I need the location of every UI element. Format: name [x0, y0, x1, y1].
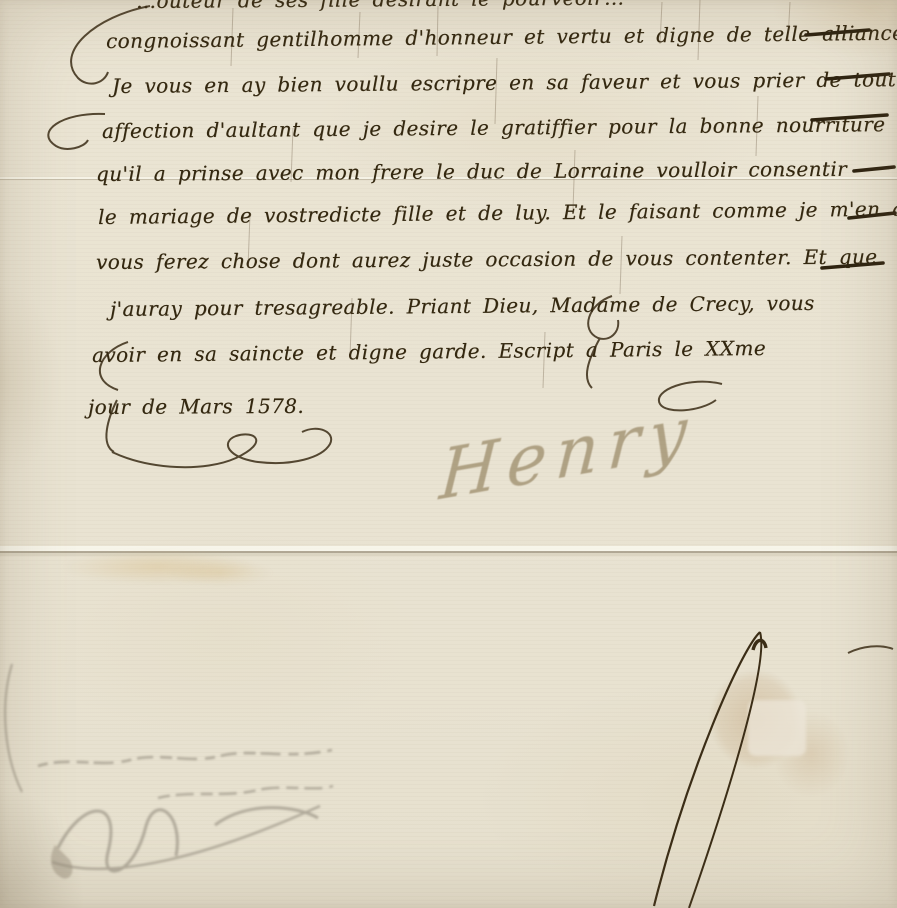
manuscript-line-3: Je vous en ay bien voullu escripre en sa… — [112, 69, 897, 96]
small-ink-scratch — [848, 646, 893, 653]
manuscript-scan: …outeur de ses fille desirant le pourveo… — [0, 0, 897, 908]
manuscript-line-9: avoir en sa saincte et digne garde. Escr… — [92, 338, 766, 365]
verso-showthrough-curve — [5, 664, 22, 792]
seal-stain-core — [748, 700, 806, 756]
paraph-loop — [112, 429, 331, 467]
royal-signature: Henry — [437, 390, 698, 516]
manuscript-line-10: jour de Mars 1578. — [88, 396, 304, 417]
large-flourish-right-stroke — [689, 632, 761, 908]
manuscript-line-8: j'auray pour tresagreable. Priant Dieu, … — [110, 293, 815, 319]
manuscript-line-6: le mariage de vostredicte fille et de lu… — [98, 198, 897, 227]
large-flourish-left-stroke — [654, 632, 760, 906]
fold-crease-main — [0, 543, 897, 561]
margin-curl — [48, 114, 105, 149]
verso-showthrough-scribble — [58, 810, 177, 871]
verso-showthrough-text-1 — [38, 750, 332, 766]
seal-stain — [696, 655, 866, 815]
manuscript-line-1: …outeur de ses fille desirant le pourveo… — [136, 0, 625, 11]
manuscript-line-4: affection d'aultant que je desire le gra… — [102, 114, 886, 141]
line-filler-stroke — [854, 167, 894, 171]
manuscript-line-7: vous ferez chose dont aurez juste occasi… — [96, 247, 878, 272]
large-flourish-apex — [753, 640, 766, 650]
manuscript-line-2: congnoissant gentilhomme d'honneur et ve… — [106, 23, 897, 51]
verso-showthrough-scribble — [215, 808, 318, 825]
verso-showthrough-underline — [52, 806, 320, 869]
manuscript-line-5: qu'il a prinse avec mon frere le duc de … — [96, 159, 847, 184]
crease-stain-left-2 — [150, 556, 290, 590]
verso-showthrough-blob — [51, 845, 72, 879]
verso-showthrough-text-2 — [158, 786, 333, 798]
